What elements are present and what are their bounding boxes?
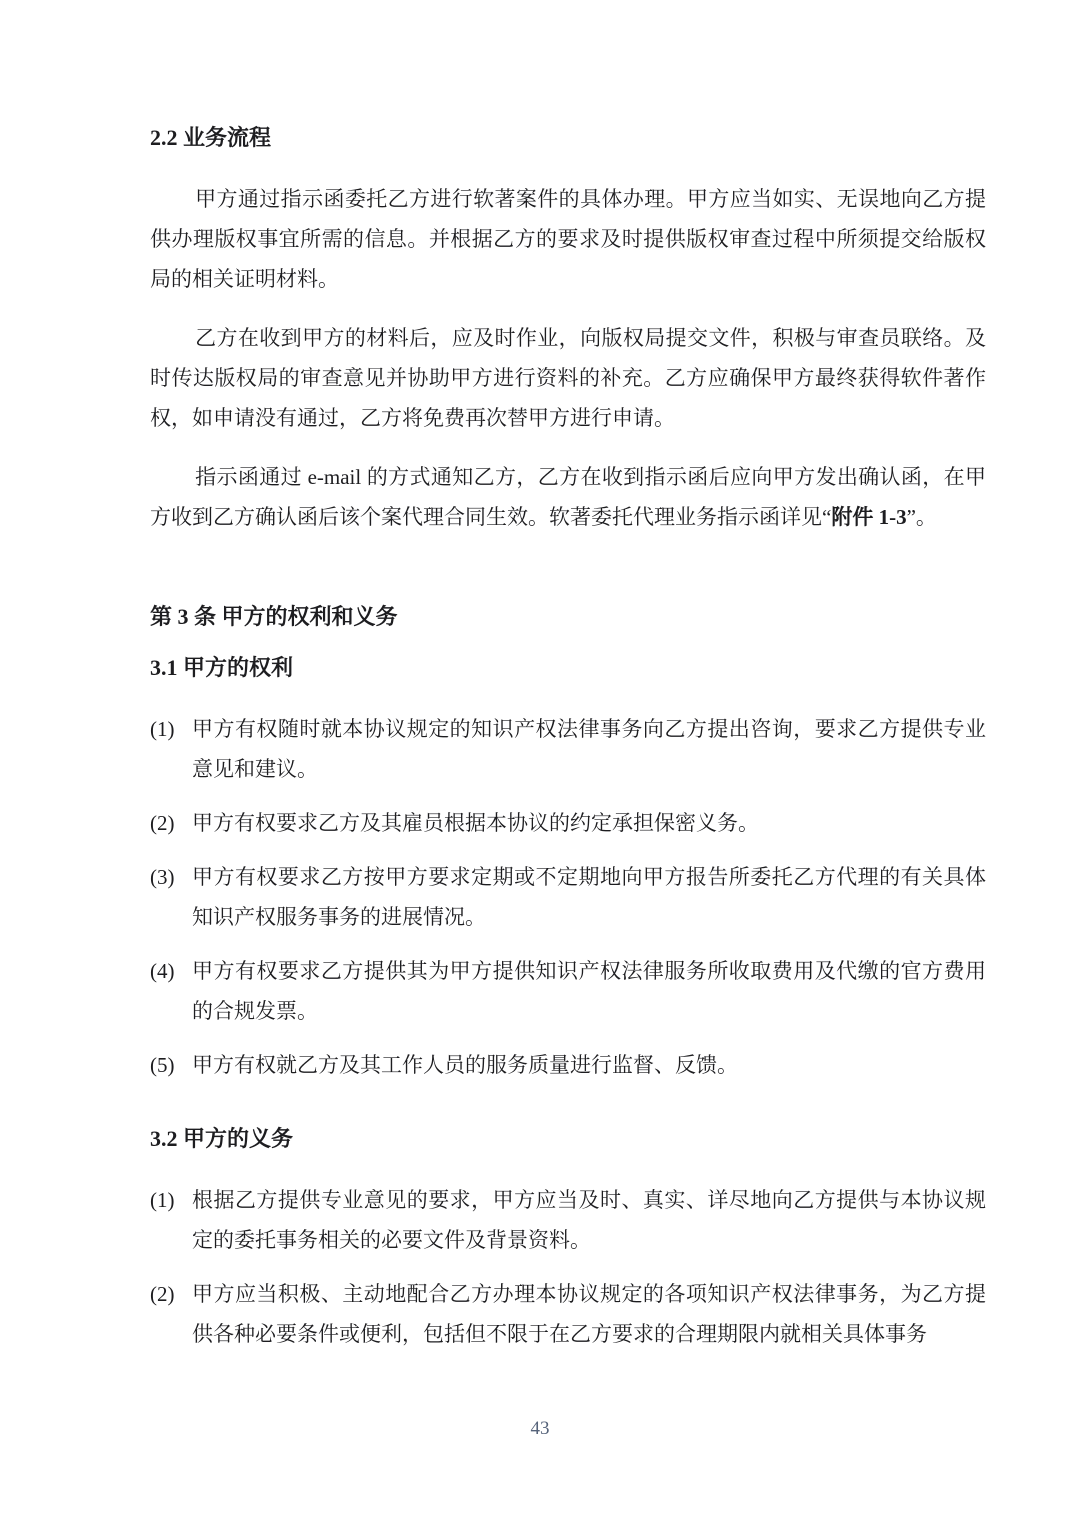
section-3-1-list: (1) 甲方有权随时就本协议规定的知识产权法律事务向乙方提出咨询，要求乙方提供专… xyxy=(150,709,986,1085)
section-2-2-heading: 2.2 业务流程 xyxy=(150,122,986,153)
list-item-text: 根据乙方提供专业意见的要求，甲方应当及时、真实、详尽地向乙方提供与本协议规定的委… xyxy=(192,1180,986,1260)
list-item-text: 甲方有权随时就本协议规定的知识产权法律事务向乙方提出咨询，要求乙方提供专业意见和… xyxy=(192,709,986,789)
list-item-text: 甲方有权要求乙方按甲方要求定期或不定期地向甲方报告所委托乙方代理的有关具体知识产… xyxy=(192,857,986,937)
list-item-text: 甲方有权要求乙方及其雇员根据本协议的约定承担保密义务。 xyxy=(192,803,986,843)
section-3-2-list: (1) 根据乙方提供专业意见的要求，甲方应当及时、真实、详尽地向乙方提供与本协议… xyxy=(150,1180,986,1354)
list-item-marker: (5) xyxy=(150,1045,192,1085)
paragraph-3-text-end: ”。 xyxy=(907,505,937,529)
list-item-marker: (1) xyxy=(150,1180,192,1260)
page-number: 43 xyxy=(0,1416,1080,1442)
document-page: 2.2 业务流程 甲方通过指示函委托乙方进行软著案件的具体办理。甲方应当如实、无… xyxy=(150,122,986,1368)
list-item: (4) 甲方有权要求乙方提供其为甲方提供知识产权法律服务所收取费用及代缴的官方费… xyxy=(150,951,986,1031)
list-item-text: 甲方有权就乙方及其工作人员的服务质量进行监督、反馈。 xyxy=(192,1045,986,1085)
list-item-marker: (2) xyxy=(150,1274,192,1354)
list-item-marker: (4) xyxy=(150,951,192,1031)
article-3-heading: 第 3 条 甲方的权利和义务 xyxy=(150,601,986,632)
list-item-text: 甲方有权要求乙方提供其为甲方提供知识产权法律服务所收取费用及代缴的官方费用的合规… xyxy=(192,951,986,1031)
paragraph-3-bold-attachment-ref: 附件 1-3 xyxy=(831,505,906,529)
section-2-2-paragraph-2: 乙方在收到甲方的材料后，应及时作业，向版权局提交文件，积极与审查员联络。及时传达… xyxy=(150,318,986,438)
section-3-2-heading: 3.2 甲方的义务 xyxy=(150,1123,986,1154)
list-item-text: 甲方应当积极、主动地配合乙方办理本协议规定的各项知识产权法律事务，为乙方提供各种… xyxy=(192,1274,986,1354)
list-item: (3) 甲方有权要求乙方按甲方要求定期或不定期地向甲方报告所委托乙方代理的有关具… xyxy=(150,857,986,937)
section-2-2-paragraph-1: 甲方通过指示函委托乙方进行软著案件的具体办理。甲方应当如实、无误地向乙方提供办理… xyxy=(150,179,986,299)
list-item: (1) 根据乙方提供专业意见的要求，甲方应当及时、真实、详尽地向乙方提供与本协议… xyxy=(150,1180,986,1260)
list-item: (2) 甲方应当积极、主动地配合乙方办理本协议规定的各项知识产权法律事务，为乙方… xyxy=(150,1274,986,1354)
list-item: (1) 甲方有权随时就本协议规定的知识产权法律事务向乙方提出咨询，要求乙方提供专… xyxy=(150,709,986,789)
list-item: (5) 甲方有权就乙方及其工作人员的服务质量进行监督、反馈。 xyxy=(150,1045,986,1085)
list-item: (2) 甲方有权要求乙方及其雇员根据本协议的约定承担保密义务。 xyxy=(150,803,986,843)
list-item-marker: (3) xyxy=(150,857,192,937)
list-item-marker: (2) xyxy=(150,803,192,843)
section-3-1-heading: 3.1 甲方的权利 xyxy=(150,652,986,683)
section-2-2-paragraph-3: 指示函通过 e-mail 的方式通知乙方，乙方在收到指示函后应向甲方发出确认函，… xyxy=(150,457,986,537)
list-item-marker: (1) xyxy=(150,709,192,789)
